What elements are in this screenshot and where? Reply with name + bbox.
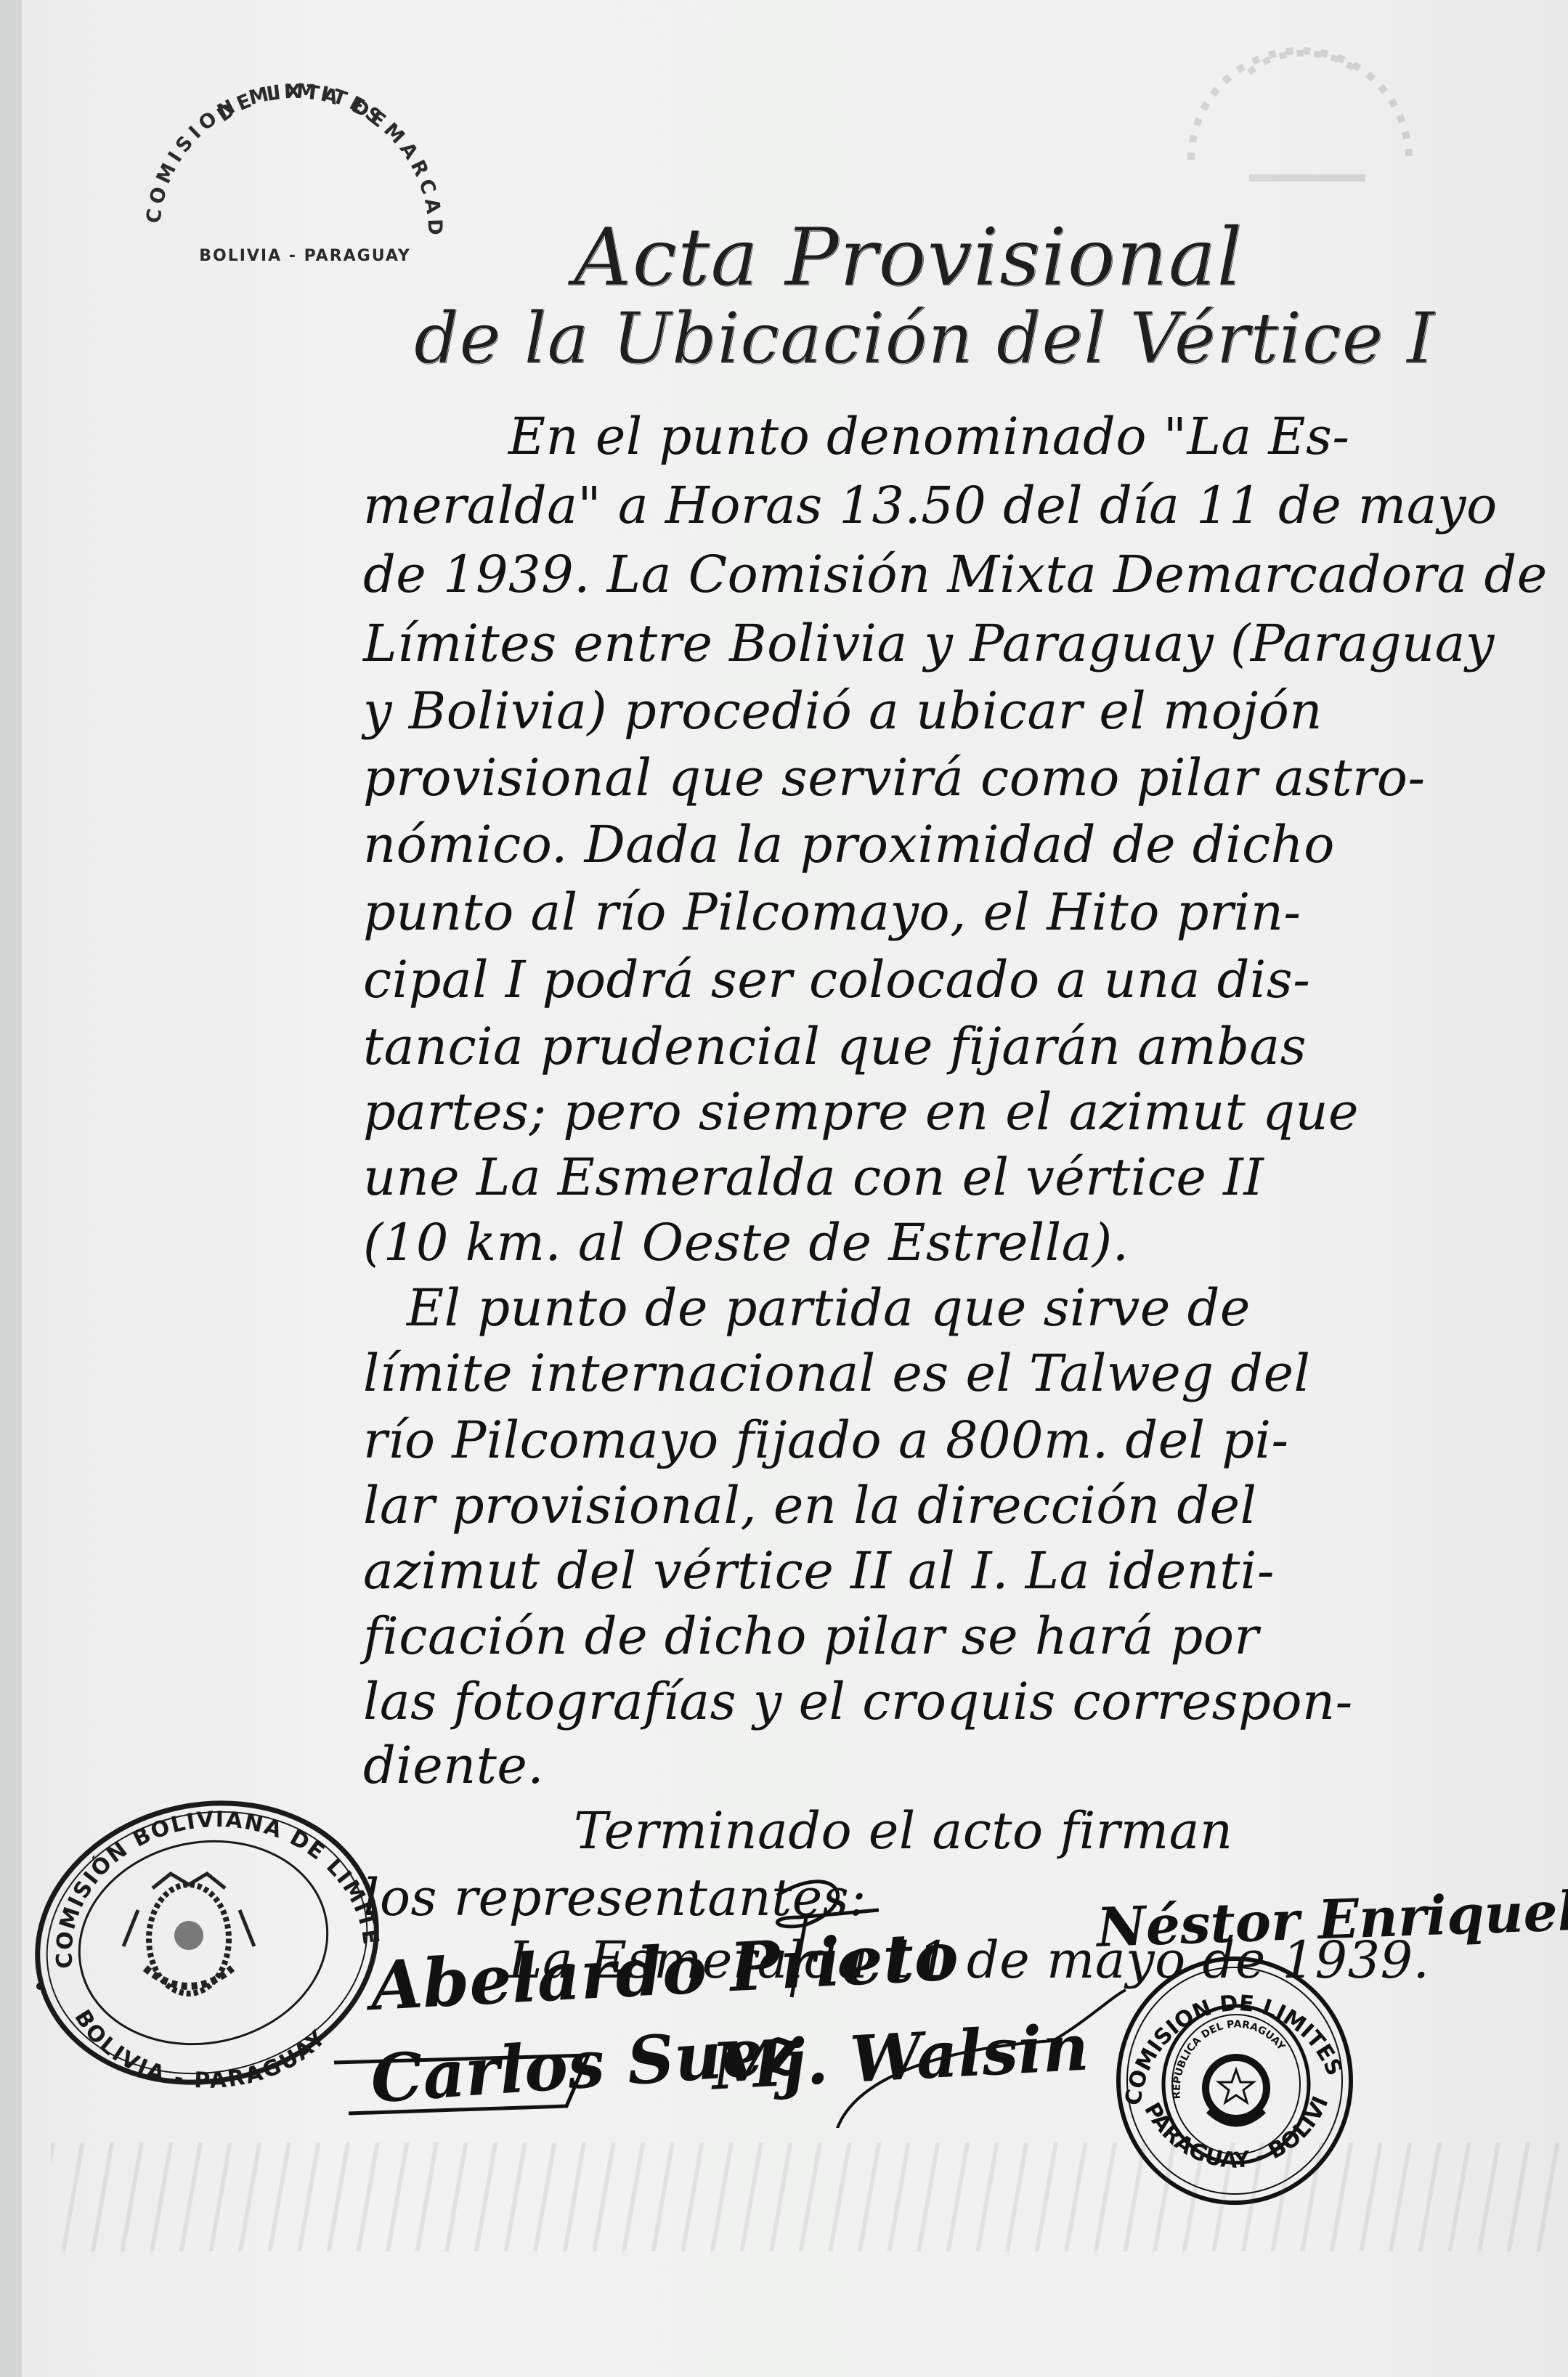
body-line: lar provisional, en la dirección del — [363, 1476, 1256, 1535]
commission-header-stamp: COMISION MIXTA DEMARCADORA DE LIMITES BO… — [131, 29, 450, 276]
body-line: En el punto denominado "La Es- — [508, 407, 1350, 466]
body-line: punto al río Pilcomayo, el Hito prin- — [363, 882, 1301, 942]
body-line: El punto de partida que sirve de — [407, 1278, 1251, 1338]
body-line: límite internacional es el Talweg del — [363, 1344, 1310, 1403]
body-line: meralda" a Horas 13.50 del día 11 de may… — [363, 476, 1498, 535]
bleed-through-texture — [51, 2142, 1561, 2251]
document-title-line1: Acta Provisional — [574, 211, 1243, 304]
body-line: tancia prudencial que fijarán ambas — [363, 1017, 1307, 1076]
body-line: cipal I podrá ser colocado a una dis- — [363, 950, 1310, 1009]
body-line: provisional que servirá como pilar astro… — [363, 748, 1426, 808]
ghost-stamp-icon — [1169, 15, 1438, 196]
body-line: azimut del vértice II al I. La identi- — [363, 1541, 1275, 1601]
body-line: de 1939. La Comisión Mixta Demarcadora d… — [363, 545, 1548, 604]
stamp-country-line: BOLIVIA - PARAGUAY — [182, 247, 428, 265]
svg-text:DE LIMITES: DE LIMITES — [214, 80, 389, 131]
body-line: Límites entre Bolivia y Paraguay (Paragu… — [363, 614, 1495, 673]
body-line: y Bolivia) procedió a ubicar el mojón — [363, 681, 1323, 741]
body-line: ficación de dicho pilar se hará por — [363, 1606, 1259, 1666]
svg-text:COMISION MIXTA DEMARCADORA: COMISION MIXTA DEMARCADORA — [131, 29, 446, 240]
svg-text:BOLIVIA - PARAGUAY: BOLIVIA - PARAGUAY — [69, 2005, 332, 2093]
stamp-arc-outer: COMISION MIXTA DEMARCADORA — [131, 29, 446, 240]
seal-bottom-text: BOLIVIA - PARAGUAY — [69, 2005, 332, 2093]
body-line: Terminado el acto firman — [574, 1801, 1232, 1861]
body-line: partes; pero siempre en el azimut que — [363, 1082, 1359, 1142]
document-page: COMISION MIXTA DEMARCADORA DE LIMITES BO… — [22, 0, 1568, 2377]
body-line: (10 km. al Oeste de Estrella). — [363, 1213, 1129, 1272]
body-line: las fotografías y el croquis correspon- — [363, 1672, 1353, 1731]
body-line: nómico. Dada la proximidad de dicho — [363, 815, 1335, 874]
coat-of-arms-icon — [123, 1874, 254, 1994]
signatures-block: Abelardo Prieto Néstor Enriquel. Carlos … — [327, 1874, 1489, 2128]
stamp-arc-inner: DE LIMITES — [214, 80, 389, 131]
body-line: río Pilcomayo fijado a 800m. del pi- — [363, 1410, 1289, 1470]
arc-text-icon: COMISION MIXTA DEMARCADORA DE LIMITES — [131, 29, 450, 276]
body-line: une La Esmeralda con el vértice II — [363, 1147, 1264, 1207]
document-title-line2: de la Ubicación del Vértice I — [414, 298, 1435, 379]
page-edge-shadow — [0, 0, 22, 2377]
